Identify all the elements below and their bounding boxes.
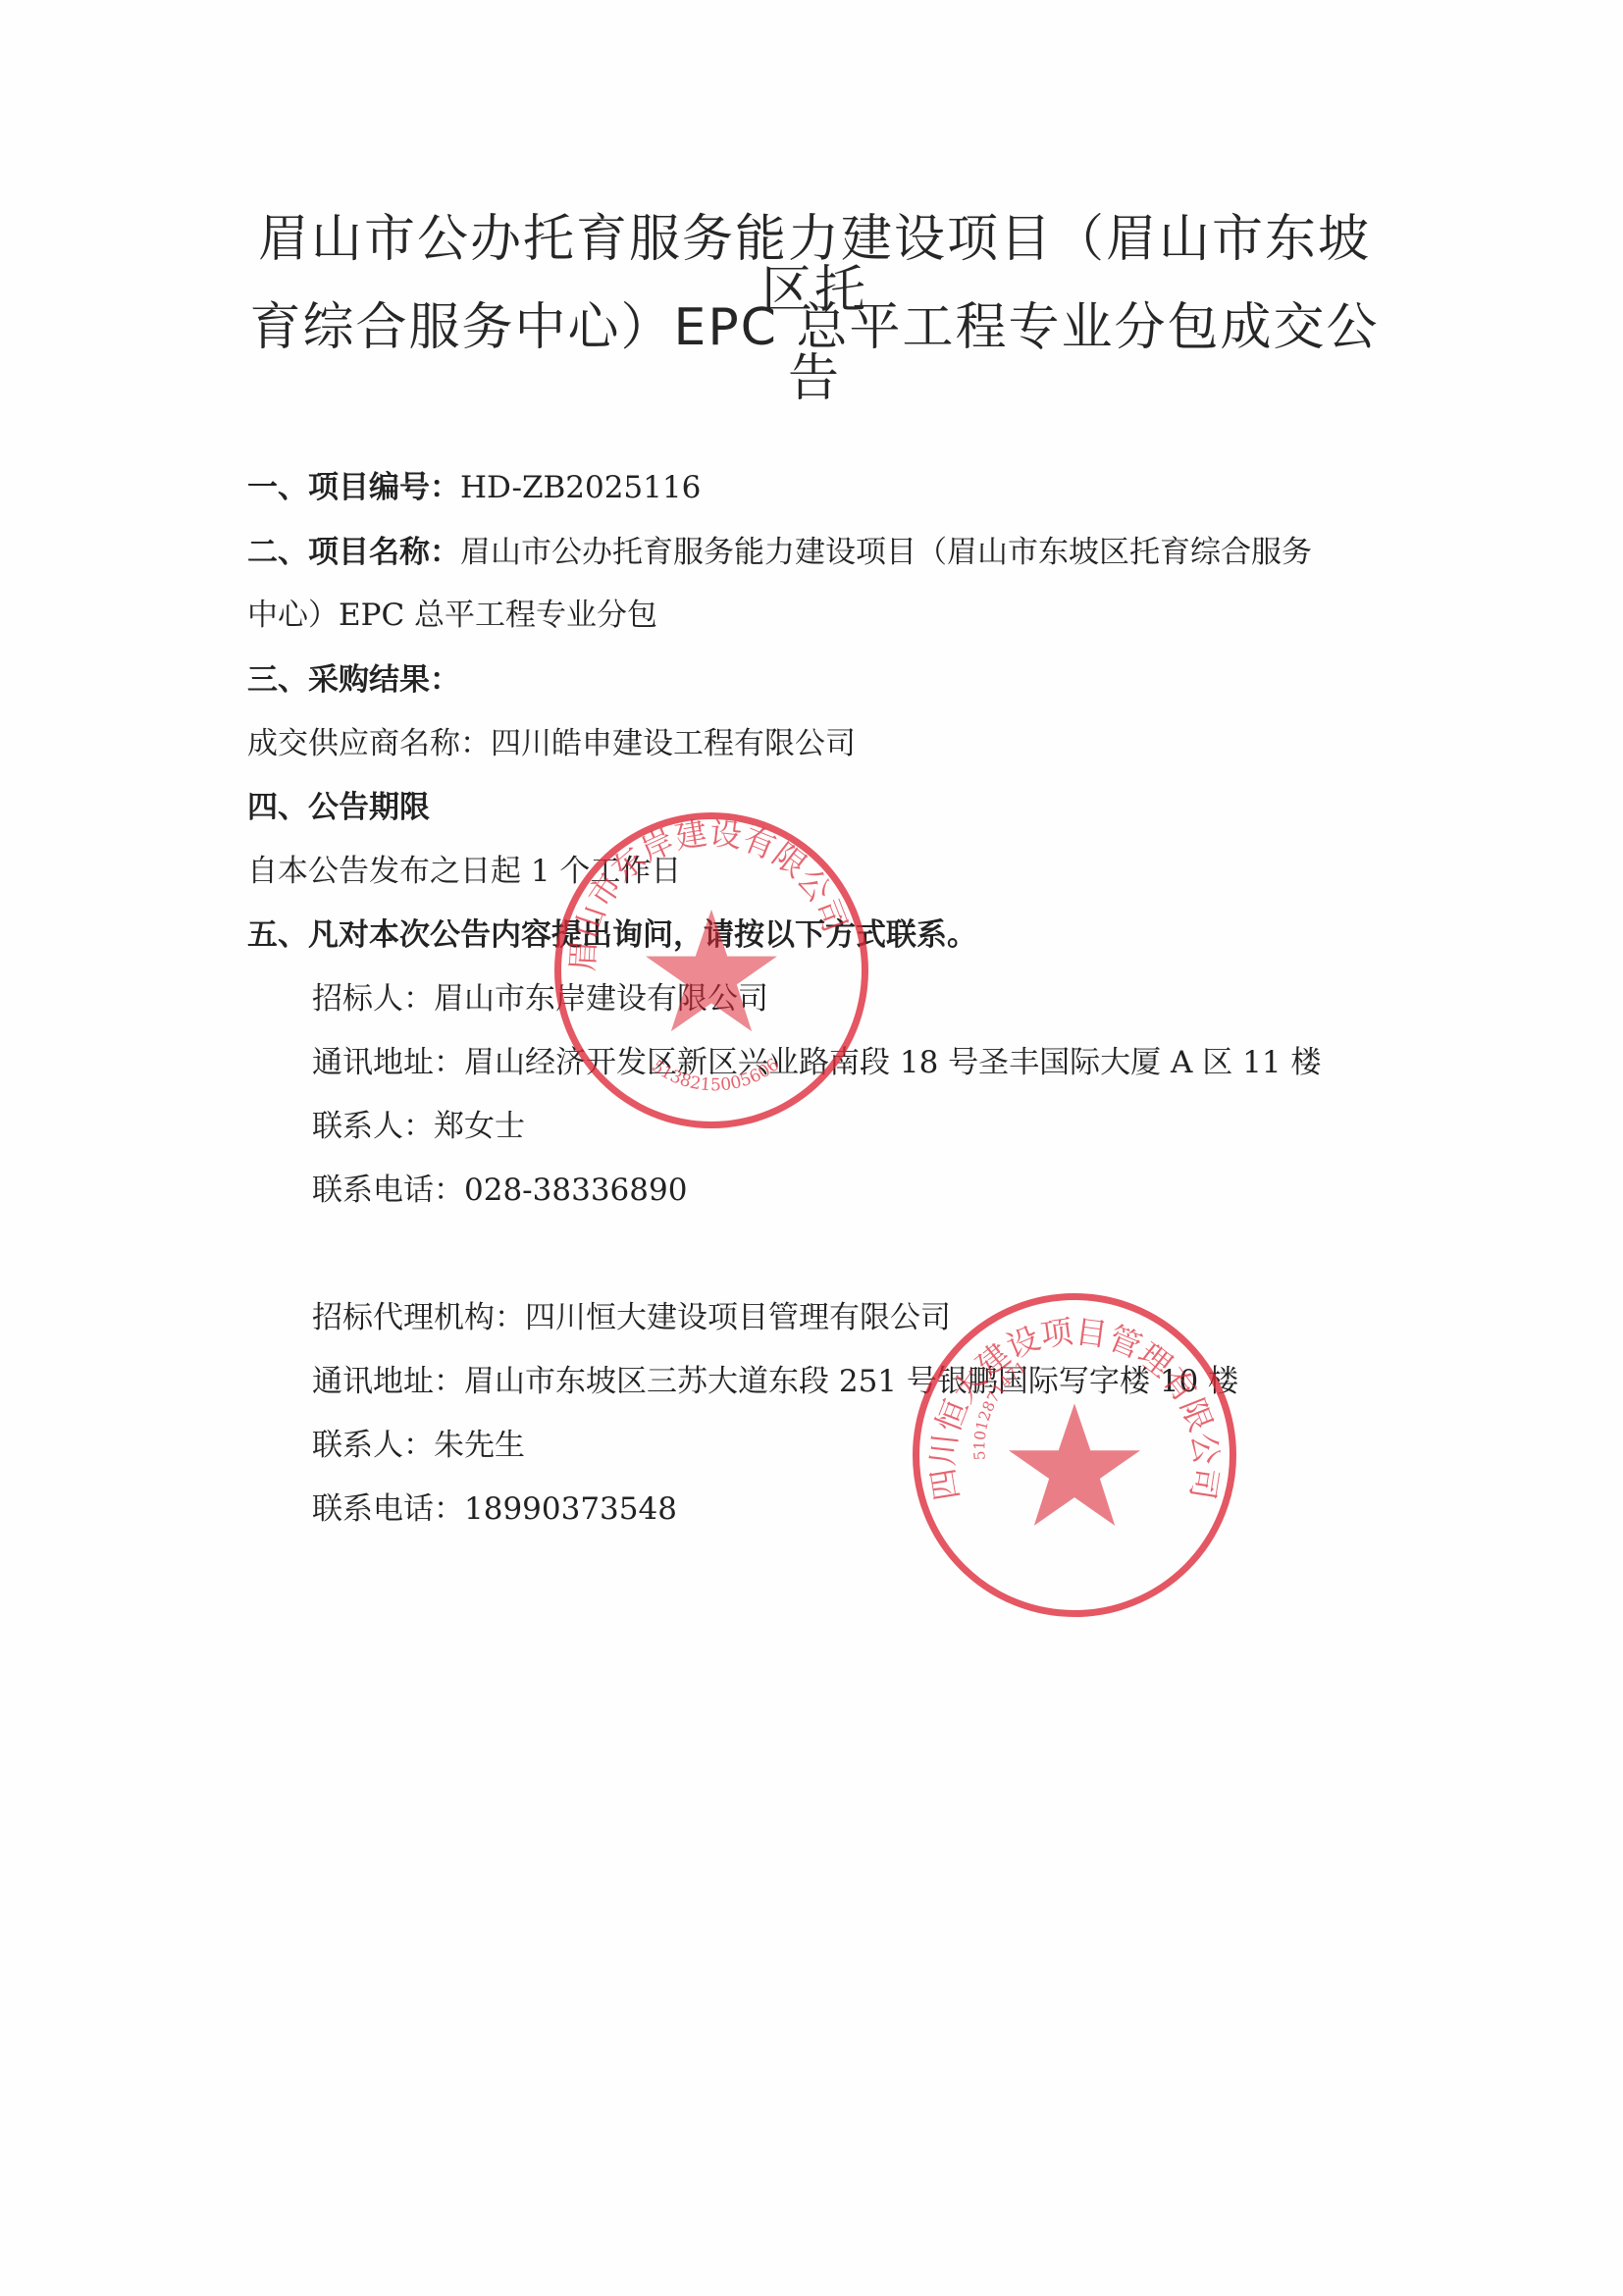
agency-address-label: 通讯地址： bbox=[312, 1364, 464, 1399]
agency-person-row: 联系人：朱先生 bbox=[312, 1431, 525, 1461]
project-name-label: 二、项目名称： bbox=[247, 535, 460, 570]
agency-name-row: 招标代理机构：四川恒大建设项目管理有限公司 bbox=[312, 1303, 951, 1333]
seal-star-icon: 眉山市东岸建设有限公司 5138215005606 bbox=[561, 819, 862, 1122]
svg-text:5138215005606: 5138215005606 bbox=[648, 1055, 783, 1095]
project-name-value-line-1: 眉山市公办托育服务能力建设项目（眉山市东坡区托育综合服务 bbox=[460, 535, 1312, 570]
agency-company-seal: 四川恒大建设项目管理有限公司 51012871471 bbox=[913, 1293, 1236, 1617]
document-page: 眉山市公办托育服务能力建设项目（眉山市东坡区托 育综合服务中心）EPC 总平工程… bbox=[0, 0, 1623, 2296]
supplier-label: 成交供应商名称： bbox=[247, 726, 491, 761]
tenderer-person-label: 联系人： bbox=[312, 1109, 434, 1144]
period-heading: 四、公告期限 bbox=[247, 793, 430, 823]
agency-phone-row: 联系电话：18990373548 bbox=[312, 1494, 677, 1525]
seal-star-icon: 四川恒大建设项目管理有限公司 51012871471 bbox=[919, 1300, 1230, 1610]
agency-phone-label: 联系电话： bbox=[312, 1491, 464, 1527]
project-number-label: 一、项目编号： bbox=[247, 470, 460, 505]
supplier-row: 成交供应商名称：四川皓申建设工程有限公司 bbox=[247, 729, 856, 759]
agency-name-value: 四川恒大建设项目管理有限公司 bbox=[525, 1300, 951, 1335]
tenderer-name-label: 招标人： bbox=[312, 981, 434, 1017]
document-title-line-2: 育综合服务中心）EPC 总平工程专业分包成交公告 bbox=[236, 302, 1393, 404]
tenderer-phone-label: 联系电话： bbox=[312, 1173, 464, 1208]
supplier-value: 四川皓申建设工程有限公司 bbox=[491, 726, 856, 761]
project-number-row: 一、项目编号：HD-ZB2025116 bbox=[247, 473, 701, 503]
tenderer-person-row: 联系人：郑女士 bbox=[312, 1112, 525, 1142]
result-heading: 三、采购结果： bbox=[247, 665, 460, 696]
agency-person-value: 朱先生 bbox=[434, 1428, 525, 1463]
tenderer-phone-row: 联系电话：028-38336890 bbox=[312, 1175, 687, 1206]
agency-name-label: 招标代理机构： bbox=[312, 1300, 525, 1335]
project-name-row: 二、项目名称：眉山市公办托育服务能力建设项目（眉山市东坡区托育综合服务 bbox=[247, 538, 1312, 568]
tenderer-address-label: 通讯地址： bbox=[312, 1045, 464, 1080]
project-name-value-line-2: 中心）EPC 总平工程专业分包 bbox=[247, 600, 657, 631]
tenderer-person-value: 郑女士 bbox=[434, 1109, 525, 1144]
tenderer-phone-value: 028-38336890 bbox=[464, 1173, 687, 1208]
tenderer-company-seal: 眉山市东岸建设有限公司 5138215005606 bbox=[554, 812, 868, 1128]
agency-person-label: 联系人： bbox=[312, 1428, 434, 1463]
agency-phone-value: 18990373548 bbox=[464, 1491, 677, 1527]
project-number-value: HD-ZB2025116 bbox=[460, 470, 701, 505]
